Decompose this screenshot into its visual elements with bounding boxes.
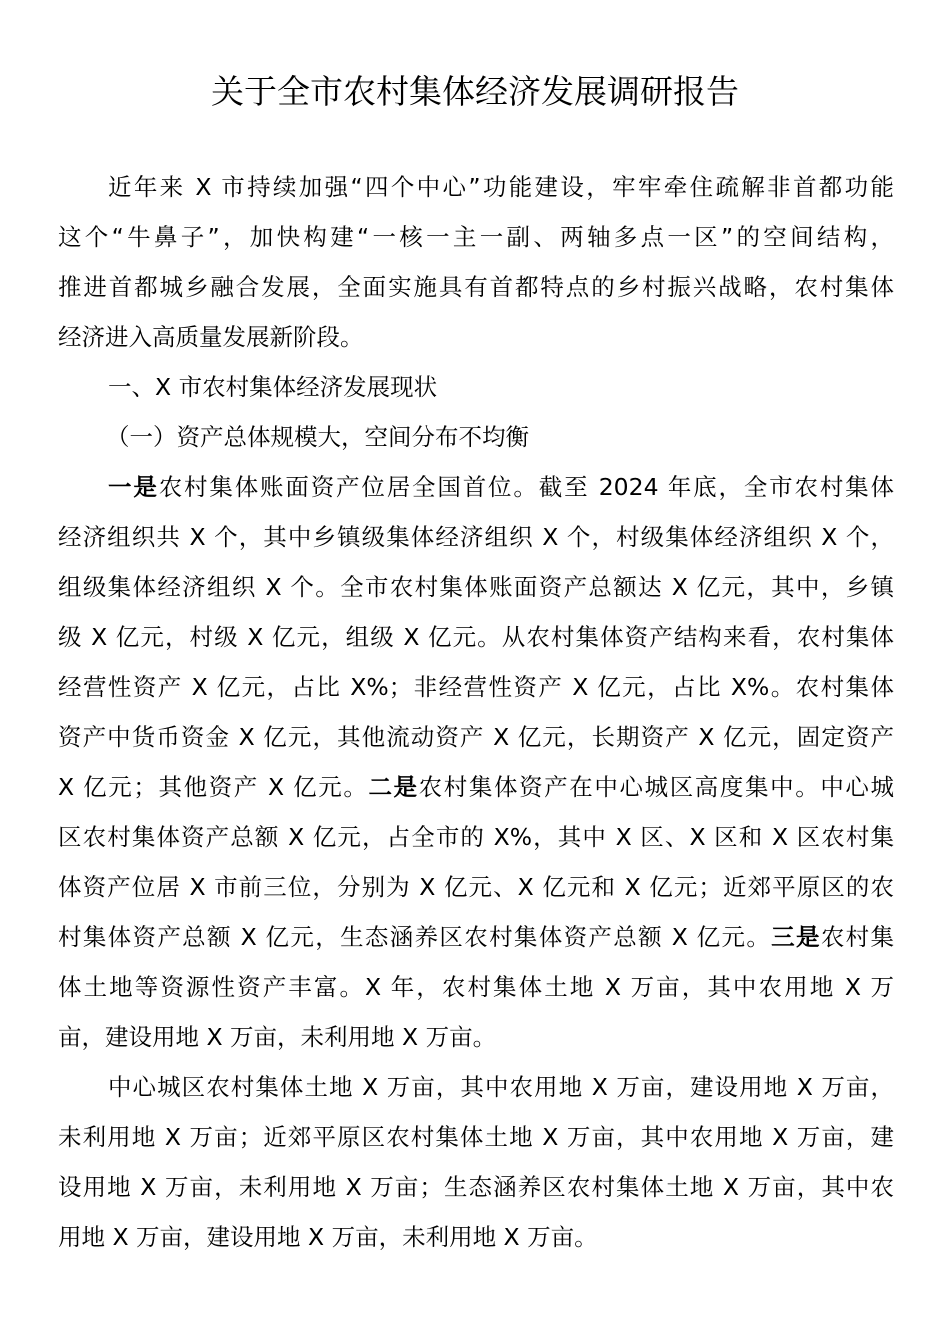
- paragraph-1-line-1: 近年来 X 市持续加强“四个中心”功能建设，牢牢牵住疏解非首都功能: [108, 170, 894, 204]
- paragraph-4-line-2: 未利用地 X 万亩；近郊平原区农村集体土地 X 万亩，其中农用地 X 万亩，建: [58, 1120, 894, 1154]
- section-heading: 一、X 市农村集体经济发展现状: [108, 370, 894, 404]
- paragraph-3-line-5: 经营性资产 X 亿元，占比 X%；非经营性资产 X 亿元，占比 X%。农村集体: [58, 670, 894, 704]
- line-text: 农村集体资产在中心城区高度集中。中心城: [419, 773, 894, 801]
- bold-lead-3: 三是: [771, 923, 821, 951]
- paragraph-4-line-1: 中心城区农村集体土地 X 万亩，其中农用地 X 万亩，建设用地 X 万亩，: [108, 1070, 894, 1104]
- paragraph-4-line-3: 设用地 X 万亩，未利用地 X 万亩；生态涵养区农村集体土地 X 万亩，其中农: [58, 1170, 894, 1204]
- paragraph-3-line-4: 级 X 亿元，村级 X 亿元，组级 X 亿元。从农村集体资产结构来看，农村集体: [58, 620, 894, 654]
- paragraph-1-line-3: 推进首都城乡融合发展，全面实施具有首都特点的乡村振兴战略，农村集体: [58, 270, 894, 304]
- line-text: 农村集: [821, 923, 894, 951]
- document-title: 关于全市农村集体经济发展调研报告: [0, 68, 950, 116]
- paragraph-3-line-7: X 亿元；其他资产 X 亿元。二是农村集体资产在中心城区高度集中。中心城: [58, 770, 894, 804]
- line-text: 村集体资产总额 X 亿元，生态涵养区农村集体资产总额 X 亿元。: [58, 923, 771, 951]
- bold-lead-2: 二是: [368, 773, 418, 801]
- paragraph-1-line-2: 这个“牛鼻子”，加快构建“一核一主一副、两轴多点一区”的空间结构，: [58, 220, 894, 254]
- paragraph-3-line-6: 资产中货币资金 X 亿元，其他流动资产 X 亿元，长期资产 X 亿元，固定资产: [58, 720, 894, 754]
- paragraph-3-line-3: 组级集体经济组织 X 个。全市农村集体账面资产总额达 X 亿元，其中，乡镇: [58, 570, 894, 604]
- paragraph-3-line-11: 体土地等资源性资产丰富。X 年，农村集体土地 X 万亩，其中农用地 X 万: [58, 970, 894, 1004]
- paragraph-4-line-4: 用地 X 万亩，建设用地 X 万亩，未利用地 X 万亩。: [58, 1220, 894, 1254]
- paragraph-3-line-2: 经济组织共 X 个，其中乡镇级集体经济组织 X 个，村级集体经济组织 X 个，: [58, 520, 894, 554]
- paragraph-3-line-9: 体资产位居 X 市前三位，分别为 X 亿元、X 亿元和 X 亿元；近郊平原区的农: [58, 870, 894, 904]
- line-text: X 亿元；其他资产 X 亿元。: [58, 773, 368, 801]
- subsection-heading: （一）资产总体规模大，空间分布不均衡: [106, 420, 942, 454]
- paragraph-3-line-12: 亩，建设用地 X 万亩，未利用地 X 万亩。: [58, 1020, 894, 1054]
- paragraph-3-line-10: 村集体资产总额 X 亿元，生态涵养区农村集体资产总额 X 亿元。三是农村集: [58, 920, 894, 954]
- bold-lead-1: 一是: [108, 473, 159, 501]
- line-text: 农村集体账面资产位居全国首位。截至 2024 年底，全市农村集体: [159, 473, 894, 501]
- document-page: 关于全市农村集体经济发展调研报告 近年来 X 市持续加强“四个中心”功能建设，牢…: [0, 0, 950, 1344]
- paragraph-3-line-1: 一是农村集体账面资产位居全国首位。截至 2024 年底，全市农村集体: [108, 470, 894, 504]
- paragraph-3-line-8: 区农村集体资产总额 X 亿元，占全市的 X%，其中 X 区、X 区和 X 区农村…: [58, 820, 894, 854]
- paragraph-1-line-4: 经济进入高质量发展新阶段。: [58, 320, 894, 354]
